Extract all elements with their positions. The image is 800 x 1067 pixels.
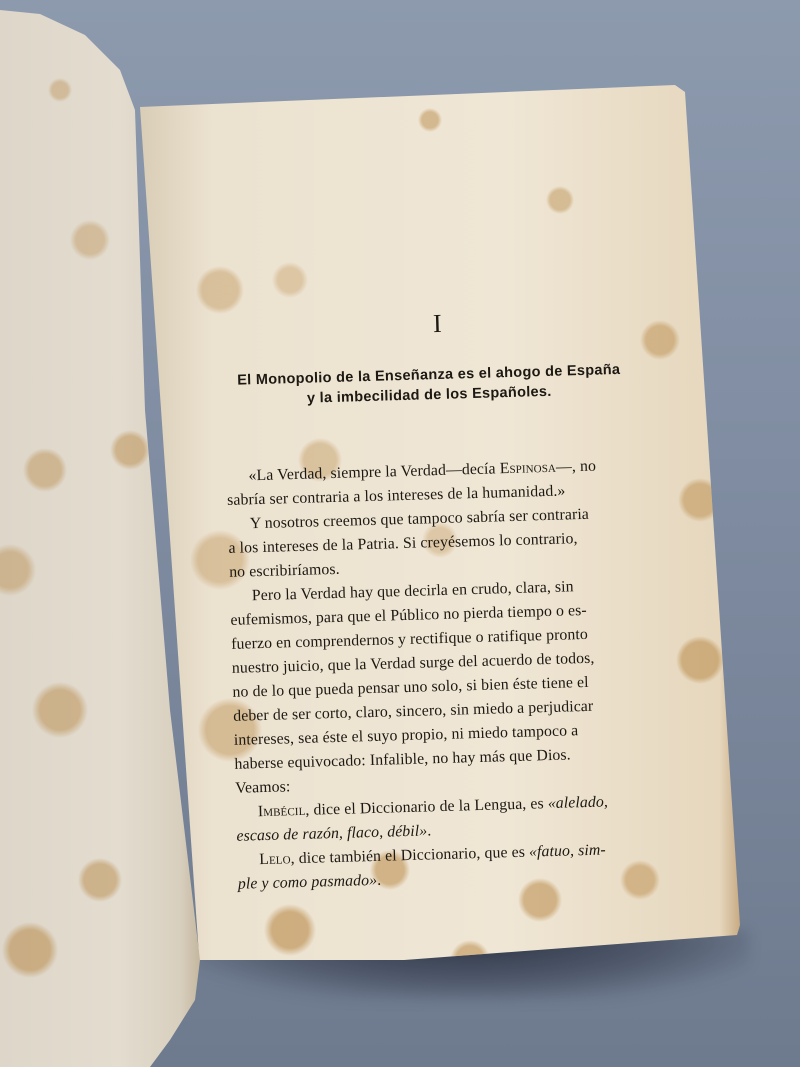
chapter-title: El Monopolio de la Enseñanza es el ahogo…	[224, 360, 635, 411]
page-text: I El Monopolio de la Enseñanza es el aho…	[222, 304, 648, 897]
body-text: «La Verdad, siempre la Verdad—decía Espi…	[226, 453, 648, 896]
photo-scene: I El Monopolio de la Enseñanza es el aho…	[0, 0, 800, 1067]
